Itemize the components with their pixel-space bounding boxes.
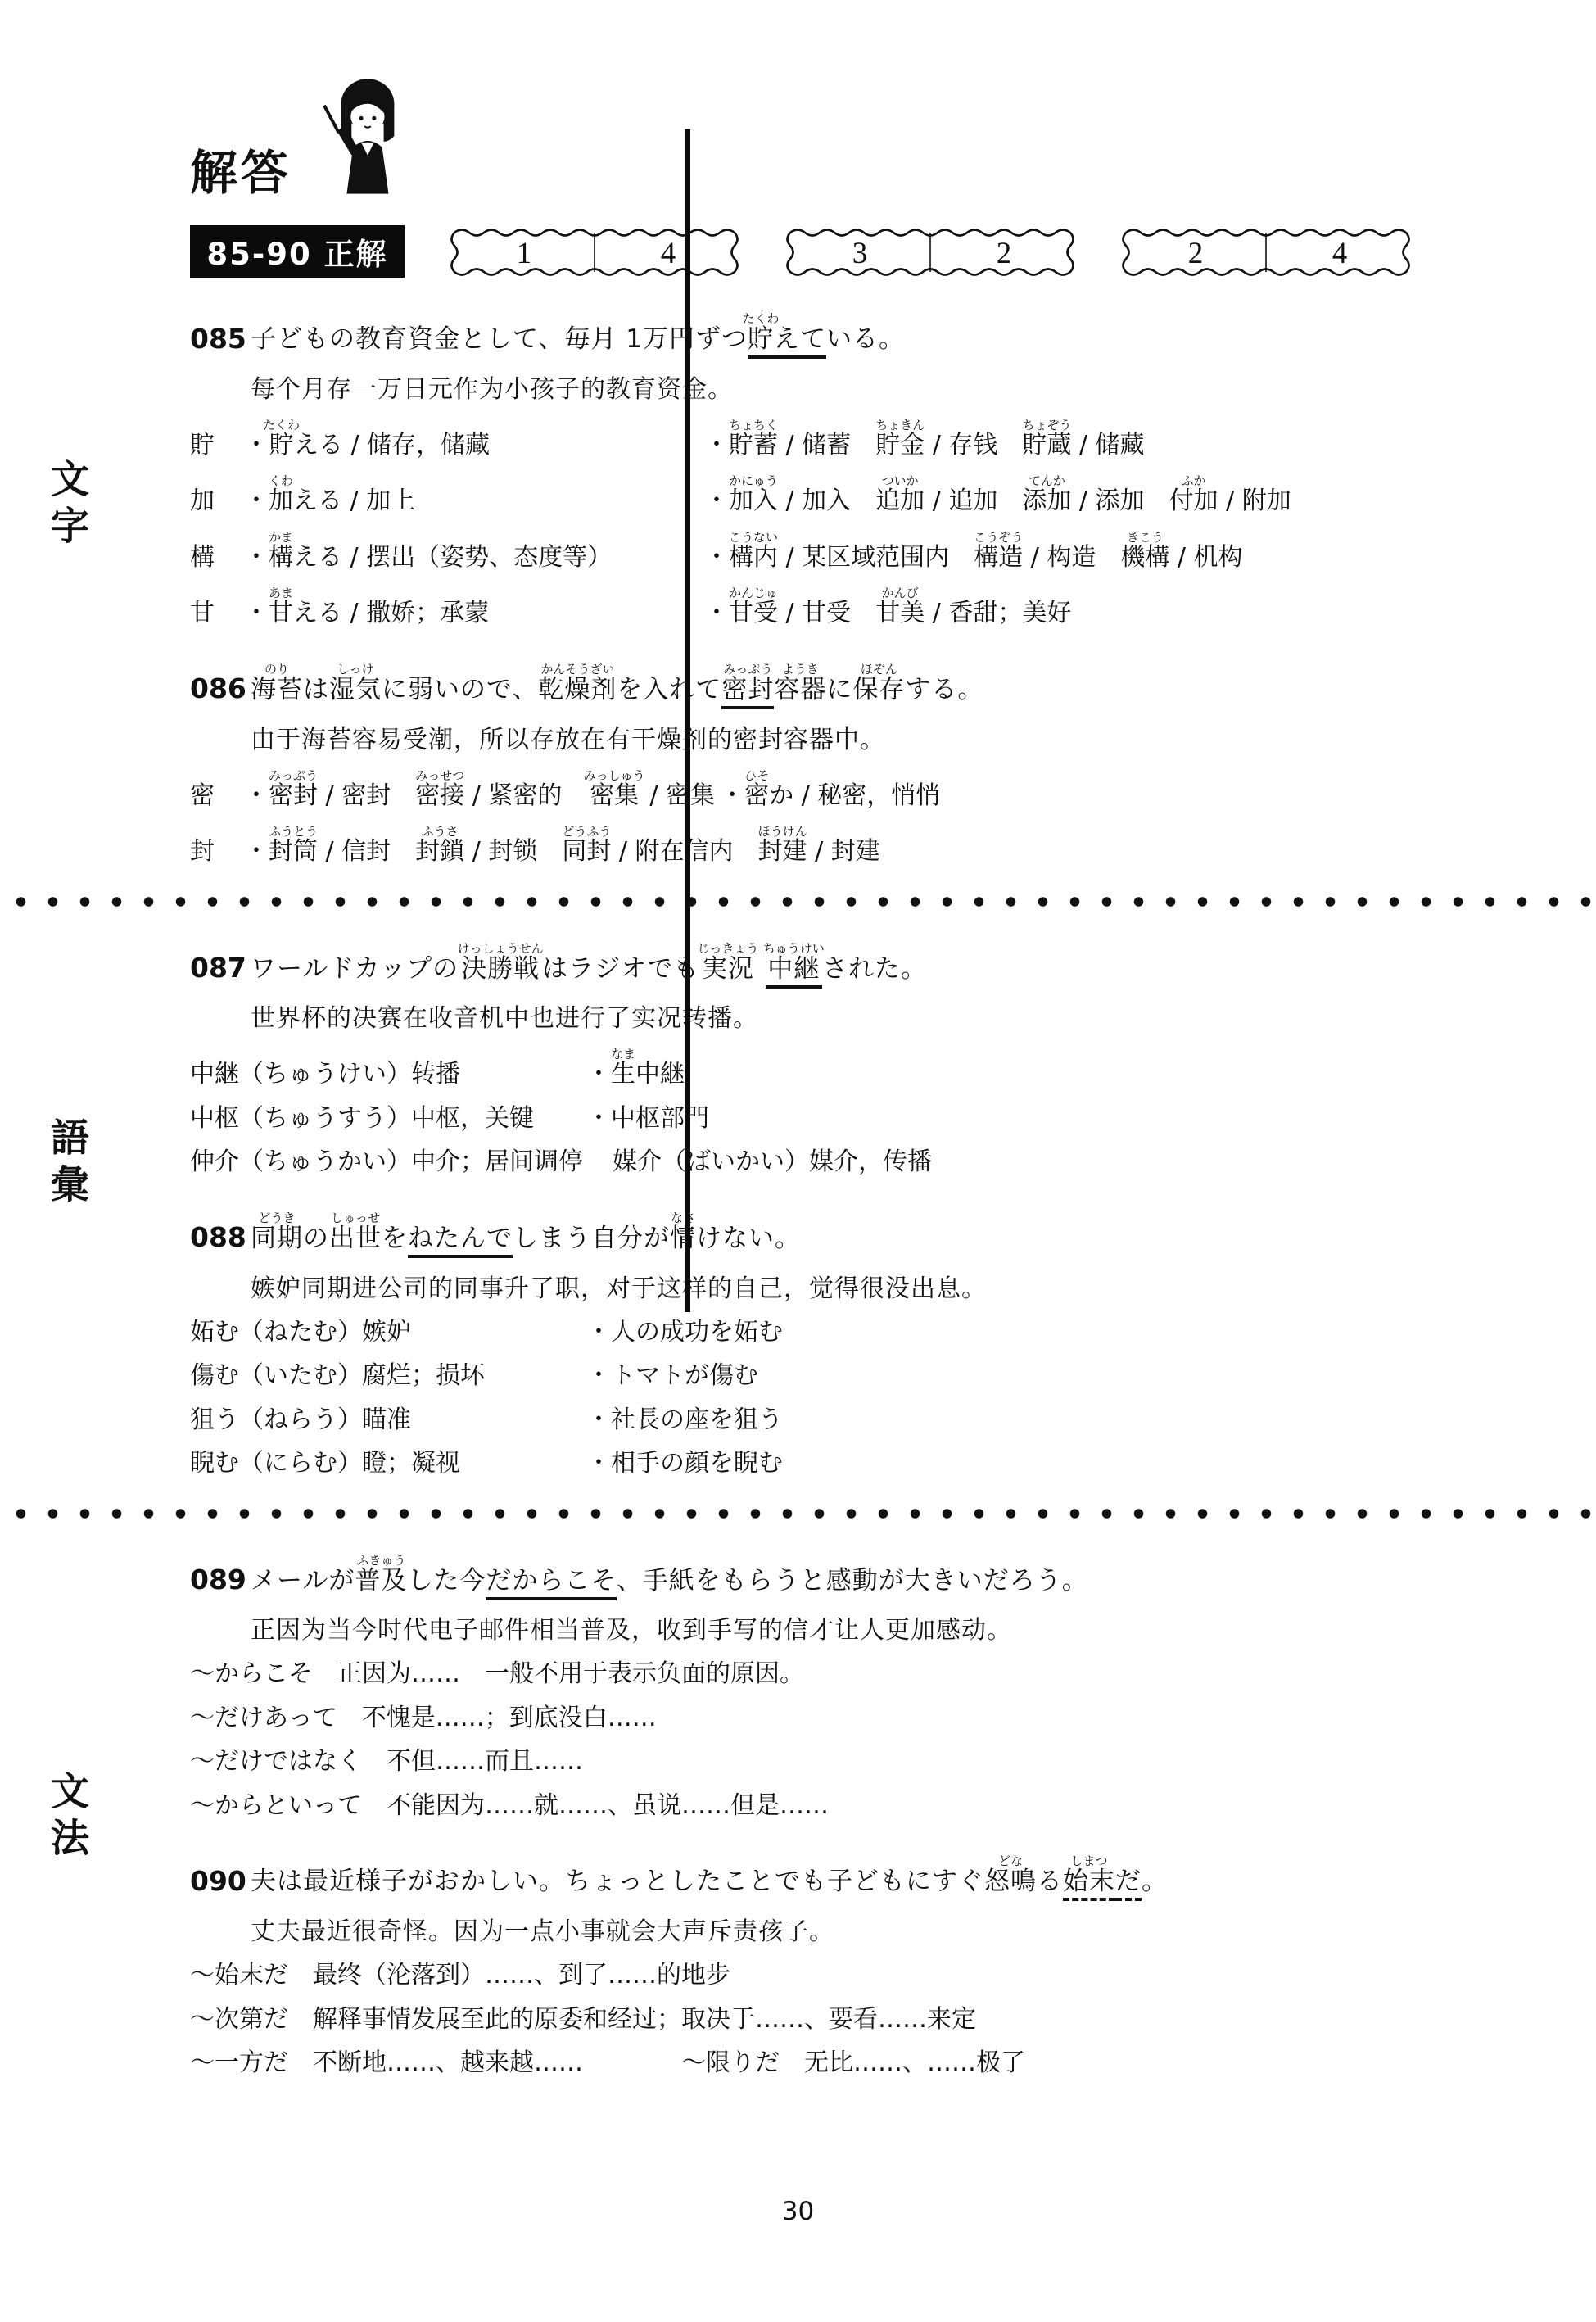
question-sentence-line: 089メールが普及ふきゅうした今だからこそ、手紙をもらうと感動が大きいだろう。 xyxy=(190,1553,1547,1597)
question-number: 088 xyxy=(190,1220,251,1254)
question-sentence: メールが普及ふきゅうした今だからこそ、手紙をもらうと感動が大きいだろう。 xyxy=(251,1553,1088,1597)
underlined-term: だからこそ xyxy=(486,1566,616,1600)
vocab-col-left: ～始末だ 最终（沦落到）……、到了……的地步 xyxy=(190,1960,730,1991)
vocab-row: ～だけではなく 不但……而且…… xyxy=(190,1746,1547,1777)
vocab-row: ～だけあって 不愧是……；到底没白…… xyxy=(190,1703,1547,1734)
question-number: 086 xyxy=(190,672,251,705)
answer-strip-3: 2 4 xyxy=(1120,224,1412,278)
question-090: 090夫は最近様子がおかしい。ちょっとしたことでも子どもにすぐ怒鳴どなる始末しま… xyxy=(190,1854,1547,2078)
answer-key-row: 85-90 正解 1 4 3 2 2 4 xyxy=(190,224,1547,278)
vocab-col-right: ・甘受かんじゅ / 甘受 甘美かんび / 香甜；美好 xyxy=(704,586,1071,629)
vocab-col-right: ・貯蓄ちょちく / 储蓄 貯金ちょきん / 存钱 貯蔵ちょぞう / 储藏 xyxy=(704,418,1145,461)
vocab-row: 狙う（ねらう）瞄准・社長の座を狙う xyxy=(190,1405,1547,1436)
vocab-row: 妬む（ねたむ）嫉妒・人の成功を妬む xyxy=(190,1317,1547,1348)
vocab-row: 中枢（ちゅうすう）中枢，关键・中枢部門 xyxy=(190,1103,1547,1134)
question-088: 088同期どうきの出世しゅっせをねたんでしまう自分が情なさけない。嫉妒同期进公司… xyxy=(190,1211,1547,1479)
vocab-col-left: ・密封みっぷう / 密封 密接みっせつ / 紧密的 密集みっしゅう / 密集 xyxy=(244,768,715,812)
page-title: 解答 xyxy=(190,149,292,197)
question-sentence-line: 086海苔のりは湿気しっけに弱いので、乾燥剤かんそうざいを入れて密封みっぷう容器… xyxy=(190,662,1547,706)
vocab-row: ～一方だ 不断地……、越来越…… ～限りだ 无比……、……极了 xyxy=(190,2048,1547,2079)
vocab-col-left: 狙う（ねらう）瞄准 xyxy=(190,1405,581,1436)
underlined-term: えて xyxy=(774,324,826,359)
answer-value: 2 xyxy=(997,237,1012,270)
vocab-col-left: ・加くわえる / 加上 xyxy=(244,473,699,517)
chinese-translation: 世界杯的决赛在收音机中也进行了实况转播。 xyxy=(251,998,1547,1034)
answer-value: 4 xyxy=(661,237,676,270)
question-089: 089メールが普及ふきゅうした今だからこそ、手紙をもらうと感動が大きいだろう。正… xyxy=(190,1553,1547,1822)
question-sentence: 夫は最近様子がおかしい。ちょっとしたことでも子どもにすぐ怒鳴どなる始末しまつだ。 xyxy=(251,1854,1168,1898)
sections: 085子どもの教育資金として、毎月 1万円ずつ貯たくわえている。每个月存一万日元… xyxy=(190,311,1547,2079)
vocab-head-kanji: 密 xyxy=(190,781,244,812)
chinese-translation: 每个月存一万日元作为小孩子的教育资金。 xyxy=(251,369,1547,405)
underlined-term: 貯たくわ xyxy=(748,324,774,359)
vocab-col-left: ～一方だ 不断地……、越来越…… ～限りだ 无比……、……极了 xyxy=(190,2048,1025,2079)
vocab-row: 加・加くわえる / 加上・加入かにゅう / 加入 追加ついか / 追加 添加てん… xyxy=(190,473,1547,517)
underlined-term: 密封みっぷう xyxy=(721,675,774,709)
vocab-col-right: ・トマトが傷む xyxy=(586,1360,758,1392)
page-number: 30 xyxy=(0,2197,1596,2226)
question-number: 089 xyxy=(190,1563,251,1596)
dotted-divider xyxy=(0,1507,1596,1520)
answer-value: 1 xyxy=(517,237,532,270)
answer-value: 2 xyxy=(1188,237,1204,270)
chinese-translation: 丈夫最近很奇怪。因为一点小事就会大声斥责孩子。 xyxy=(251,1911,1547,1947)
vocab-col-right: ・密ひそか / 秘密，悄悄 xyxy=(720,768,940,812)
vocab-col-right: ・人の成功を妬む xyxy=(586,1317,783,1348)
vocab-col-right: ・構内こうない / 某区域范围内 構造こうぞう / 构造 機構きこう / 机构 xyxy=(704,530,1243,573)
vocab-col-right: ・相手の顔を睨む xyxy=(586,1448,783,1479)
vocab-row: ～からといって 不能因为……就……、虽说……但是…… xyxy=(190,1790,1547,1822)
vocab-row: 甘・甘あまえる / 撒娇；承蒙・甘受かんじゅ / 甘受 甘美かんび / 香甜；美… xyxy=(190,586,1547,629)
vocab-col-left: 傷む（いたむ）腐烂；损坏 xyxy=(190,1360,581,1392)
dotted-divider xyxy=(0,895,1596,908)
scan-fold-line xyxy=(685,129,690,1312)
vocab-row: ～始末だ 最终（沦落到）……、到了……的地步 xyxy=(190,1960,1547,1991)
answer-range-badge: 85-90 正解 xyxy=(190,225,405,278)
underlined-term: 中継ちゅうけい xyxy=(766,954,823,989)
chinese-translation: 正因为当今时代电子邮件相当普及，收到手写的信才让人更加感动。 xyxy=(251,1609,1547,1645)
vocab-row: ～次第だ 解释事情发展至此的原委和经过；取决于……、要看……来定 xyxy=(190,2004,1547,2035)
question-086: 086海苔のりは湿気しっけに弱いので、乾燥剤かんそうざいを入れて密封みっぷう容器… xyxy=(190,662,1547,867)
vocab-head-kanji: 貯 xyxy=(190,430,244,461)
vocab-row: 密・密封みっぷう / 密封 密接みっせつ / 紧密的 密集みっしゅう / 密集・… xyxy=(190,768,1547,812)
vocab-col-left: ～次第だ 解释事情发展至此的原委和经过；取决于……、要看……来定 xyxy=(190,2004,976,2035)
vocab-row: ～からこそ 正因为…… 一般不用于表示负面的原因。 xyxy=(190,1659,1547,1690)
underlined-term: ねたんで xyxy=(408,1224,513,1258)
chinese-translation: 由于海苔容易受潮，所以存放在有干燥剂的密封容器中。 xyxy=(251,719,1547,755)
vocab-row: 封・封筒ふうとう / 信封 封鎖ふうさ / 封锁 同封どうふう / 附在信内 封… xyxy=(190,824,1547,867)
vocab-row: 中継（ちゅうけい）转播・生なま中継 xyxy=(190,1047,1547,1090)
header: 解答 xyxy=(190,72,1547,197)
vocab-row: 睨む（にらむ）瞪；凝视・相手の顔を睨む xyxy=(190,1448,1547,1479)
vocab-col-right: ・生なま中継 xyxy=(586,1047,685,1090)
vocab-col-left: 中枢（ちゅうすう）中枢，关键 xyxy=(190,1103,581,1134)
vocab-col-right: ・中枢部門 xyxy=(586,1103,709,1134)
teacher-illustration-icon xyxy=(321,74,409,197)
vocab-col-left: ～からといって 不能因为……就……、虽说……但是…… xyxy=(190,1790,829,1822)
answer-strip-2: 3 2 xyxy=(784,224,1076,278)
vocab-row: 貯・貯たくわえる / 储存，储藏・貯蓄ちょちく / 储蓄 貯金ちょきん / 存钱… xyxy=(190,418,1547,461)
vocab-col-left: ・貯たくわえる / 储存，储藏 xyxy=(244,418,699,461)
vocab-col-left: ・構かまえる / 摆出（姿势、态度等） xyxy=(244,530,699,573)
question-number: 085 xyxy=(190,322,251,355)
vocab-col-left: 中継（ちゅうけい）转播 xyxy=(190,1059,581,1090)
vocab-row: 構・構かまえる / 摆出（姿势、态度等）・構内こうない / 某区域范围内 構造こ… xyxy=(190,530,1547,573)
vocab-col-left: ・封筒ふうとう / 信封 封鎖ふうさ / 封锁 同封どうふう / 附在信内 封建… xyxy=(244,824,880,867)
vocab-head-kanji: 甘 xyxy=(190,598,244,629)
vocab-col-left: ～だけではなく 不但……而且…… xyxy=(190,1746,583,1777)
vocab-col-left: 仲介（ちゅうかい）中介；居间调停 xyxy=(190,1147,583,1178)
vocab-col-right: ・加入かにゅう / 加入 追加ついか / 追加 添加てんか / 添加 付加ふか … xyxy=(704,473,1291,517)
question-sentence: 子どもの教育資金として、毎月 1万円ずつ貯たくわえている。 xyxy=(251,311,905,355)
vocab-row: 傷む（いたむ）腐烂；损坏・トマトが傷む xyxy=(190,1360,1547,1392)
underlined-term: だ xyxy=(1115,1867,1142,1901)
vocab-col-left: 妬む（ねたむ）嫉妒 xyxy=(190,1317,581,1348)
vocab-row: 仲介（ちゅうかい）中介；居间调停 媒介（ばいかい）媒介，传播 xyxy=(190,1147,1547,1178)
vocab-col-right: 媒介（ばいかい）媒介，传播 xyxy=(588,1147,932,1178)
vocab-col-left: 睨む（にらむ）瞪；凝视 xyxy=(190,1448,581,1479)
vocab-head-kanji: 封 xyxy=(190,836,244,867)
chinese-translation: 嫉妒同期进公司的同事升了职，对于这样的自己，觉得很没出息。 xyxy=(251,1268,1547,1304)
vocab-head-kanji: 構 xyxy=(190,542,244,573)
vocab-col-left: ～だけあって 不愧是……；到底没白…… xyxy=(190,1703,657,1734)
question-sentence-line: 087ワールドカップの決勝戦けっしょうせんはラジオでも実況じっきょう 中継ちゅう… xyxy=(190,941,1547,985)
vocab-col-left: ～からこそ 正因为…… 一般不用于表示负面的原因。 xyxy=(190,1659,804,1690)
question-sentence: 海苔のりは湿気しっけに弱いので、乾燥剤かんそうざいを入れて密封みっぷう容器ようき… xyxy=(251,662,983,706)
question-sentence-line: 085子どもの教育資金として、毎月 1万円ずつ貯たくわえている。 xyxy=(190,311,1547,355)
question-085: 085子どもの教育資金として、毎月 1万円ずつ貯たくわえている。每个月存一万日元… xyxy=(190,311,1547,629)
answer-value: 4 xyxy=(1332,237,1348,270)
question-sentence: ワールドカップの決勝戦けっしょうせんはラジオでも実況じっきょう 中継ちゅうけいさ… xyxy=(251,941,927,985)
answer-strip-1: 1 4 xyxy=(449,224,740,278)
vocab-col-right: ・社長の座を狙う xyxy=(586,1405,783,1436)
question-sentence-line: 090夫は最近様子がおかしい。ちょっとしたことでも子どもにすぐ怒鳴どなる始末しま… xyxy=(190,1854,1547,1898)
question-number: 087 xyxy=(190,951,251,984)
vocab-head-kanji: 加 xyxy=(190,486,244,517)
question-087: 087ワールドカップの決勝戦けっしょうせんはラジオでも実況じっきょう 中継ちゅう… xyxy=(190,941,1547,1178)
answer-value: 3 xyxy=(852,237,868,270)
page: 文字 語彙 文法 解答 85-90 正解 xyxy=(0,0,1596,2322)
question-number: 090 xyxy=(190,1864,251,1898)
question-sentence-line: 088同期どうきの出世しゅっせをねたんでしまう自分が情なさけない。 xyxy=(190,1211,1547,1255)
vocab-col-left: ・甘あまえる / 撒娇；承蒙 xyxy=(244,586,699,629)
question-sentence: 同期どうきの出世しゅっせをねたんでしまう自分が情なさけない。 xyxy=(251,1211,801,1255)
underlined-term: 始末しまつ xyxy=(1063,1867,1115,1901)
